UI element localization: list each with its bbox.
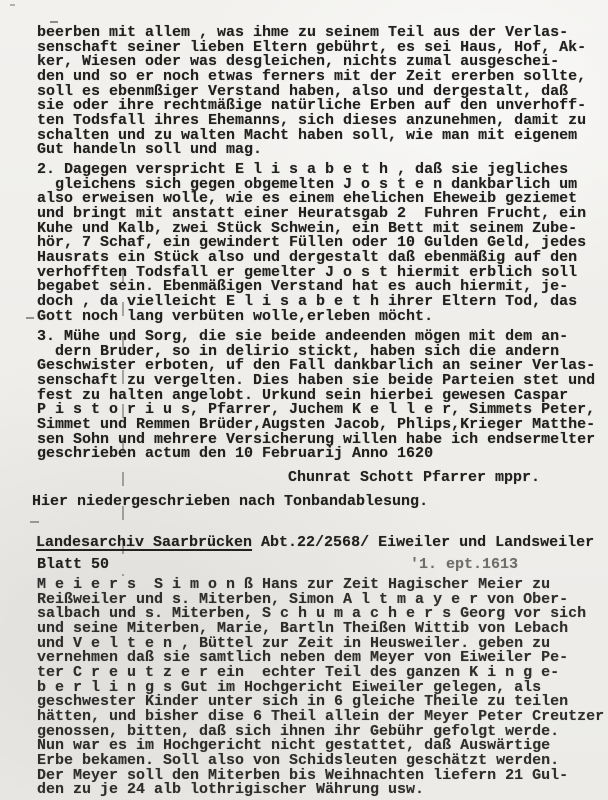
text-line: geschrieben actum den 10 Februarij Anno … [37, 447, 595, 462]
signature-line: Chunrat Schott Pfarrer mppr. [288, 471, 540, 486]
document-date: '1. ept.1613 [410, 558, 518, 573]
scan-artifact-mark [10, 4, 15, 6]
text-line: Gott noch lang verbüten wolle,erleben mö… [37, 310, 586, 325]
scanned-document-page: beerben mit allem , was ihme zu seinem T… [0, 0, 608, 800]
archive-name: Landesarchiv Saarbrücken [36, 534, 252, 551]
paragraph-2: 2. Dagegen verspricht E l i s a b e t h … [37, 163, 586, 324]
sheet-number-label: Blatt 50 [37, 558, 109, 573]
text-line: den zu je 24 alb lothrigischer Währung u… [37, 783, 604, 798]
second-document-text: M e i e r s S i m o n ß Hans zur Zeit Ha… [37, 578, 604, 798]
text-line: Gut handeln soll und mag. [37, 143, 586, 158]
transcription-note: Hier niedergeschrieben nach Tonbandables… [32, 495, 428, 510]
scan-artifact-dash [50, 21, 58, 23]
paragraph-continuation: beerben mit allem , was ihme zu seinem T… [37, 26, 586, 158]
scan-artifact-dash [30, 521, 39, 523]
archive-reference-number: Abt.22/2568/ Eiweiler und Landsweiler [252, 534, 594, 551]
scan-artifact-dash [26, 317, 34, 319]
archive-reference-heading: Landesarchiv Saarbrücken Abt.22/2568/ Ei… [36, 536, 594, 551]
paragraph-3: 3. Mühe und Sorg, die sie beide andeende… [37, 330, 595, 462]
